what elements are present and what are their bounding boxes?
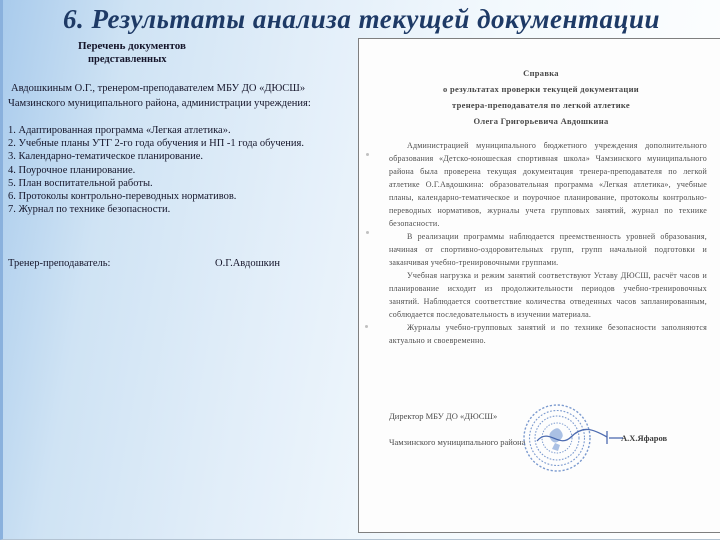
list-item: 5. План воспитательной работы. (8, 177, 358, 190)
list-item: 6. Протоколы контрольно-переводных норма… (8, 190, 358, 203)
heading-line: тренера-преподавателя по легкой атлетике (359, 97, 720, 113)
scanned-document: Справка о результатах проверки текущей д… (358, 38, 720, 533)
trainer-label: Тренер-преподаватель: (8, 258, 110, 269)
heading-line: о результатах проверки текущей документа… (359, 81, 720, 97)
list-item: 1. Адаптированная программа «Легкая атле… (8, 124, 358, 137)
document-paragraph: В реализации программы наблюдается преем… (389, 230, 707, 269)
trainer-name: О.Г.Авдошкин (215, 258, 280, 269)
intro-line: Авдошкиным О.Г., тренером-преподавателем… (11, 82, 358, 97)
list-item: 7. Журнал по технике безопасности. (8, 203, 358, 216)
scan-speck (365, 325, 368, 328)
director-title-line: Директор МБУ ДО «ДЮСШ» (389, 411, 497, 421)
documents-intro: Авдошкиным О.Г., тренером-преподавателем… (8, 82, 358, 111)
document-paragraph: Администрацией муниципального бюджетного… (389, 139, 707, 230)
document-paragraph: Учебная нагрузка и режим занятий соответ… (389, 269, 707, 321)
trainer-signature-line: Тренер-преподаватель: О.Г.Авдошкин (8, 258, 358, 272)
documents-list: 1. Адаптированная программа «Легкая атле… (8, 124, 358, 216)
scan-speck (366, 231, 369, 234)
heading-line: Справка (359, 65, 720, 81)
list-item: 3. Календарно-тематическое планирование. (8, 150, 358, 163)
intro-line: Чамзинского муниципального района, админ… (8, 97, 358, 112)
scan-speck (366, 153, 369, 156)
documents-list-panel: Перечень документов представленных Авдош… (8, 40, 358, 272)
list-item: 4. Поурочное планирование. (8, 164, 358, 177)
documents-list-subtitle: представленных (88, 53, 358, 66)
document-paragraph: Журналы учебно-групповых занятий и по те… (389, 321, 707, 347)
list-item: 2. Учебные планы УТГ 2-го года обучения … (8, 137, 358, 150)
presentation-slide: 6. Результаты анализа текущей документац… (0, 0, 720, 540)
documents-list-title: Перечень документов (78, 40, 358, 53)
slide-title: 6. Результаты анализа текущей документац… (3, 4, 720, 35)
document-body: Администрацией муниципального бюджетного… (389, 139, 707, 347)
document-heading: Справка о результатах проверки текущей д… (359, 65, 720, 129)
director-district-line: Чамзинского муниципального района (389, 437, 525, 447)
heading-line: Олега Григорьевича Авдошкина (359, 113, 720, 129)
official-stamp-icon (515, 397, 641, 479)
